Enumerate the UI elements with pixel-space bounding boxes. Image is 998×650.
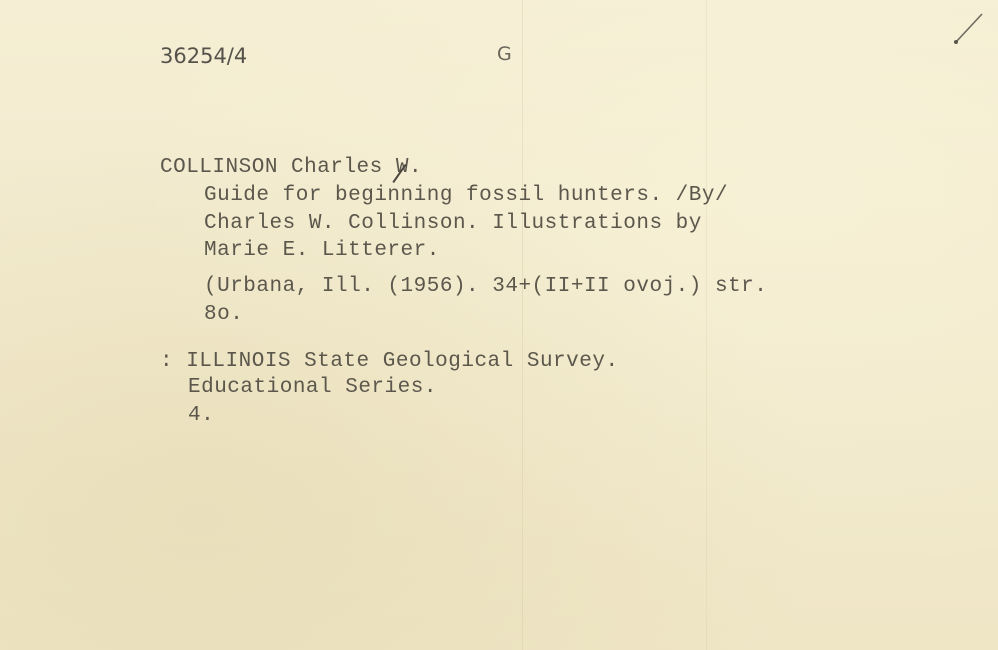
card-fold-line	[706, 0, 707, 650]
imprint-line: 8o.	[204, 304, 243, 325]
author-initial-struck: W	[396, 157, 409, 178]
card-fold-line	[522, 0, 523, 650]
imprint-line: (Urbana, Ill. (1956). 34+(II+II ovoj.) s…	[204, 276, 767, 297]
author-forename: Charles	[291, 156, 383, 179]
series-line: : ILLINOIS State Geological Survey.	[160, 351, 619, 372]
series-number: 4.	[188, 405, 214, 426]
title-line: Guide for beginning fossil hunters. /By/	[204, 185, 728, 206]
heading-period: .	[409, 156, 422, 179]
check-mark-icon	[950, 12, 984, 48]
call-number: 36254/4	[160, 46, 247, 67]
title-line: Marie E. Litterer.	[204, 240, 440, 261]
series-line: Educational Series.	[188, 377, 437, 398]
author-heading: COLLINSON Charles W.	[160, 157, 422, 178]
title-line: Charles W. Collinson. Illustrations by	[204, 213, 702, 234]
author-surname: COLLINSON	[160, 156, 278, 179]
classification-letter: G	[497, 45, 512, 64]
